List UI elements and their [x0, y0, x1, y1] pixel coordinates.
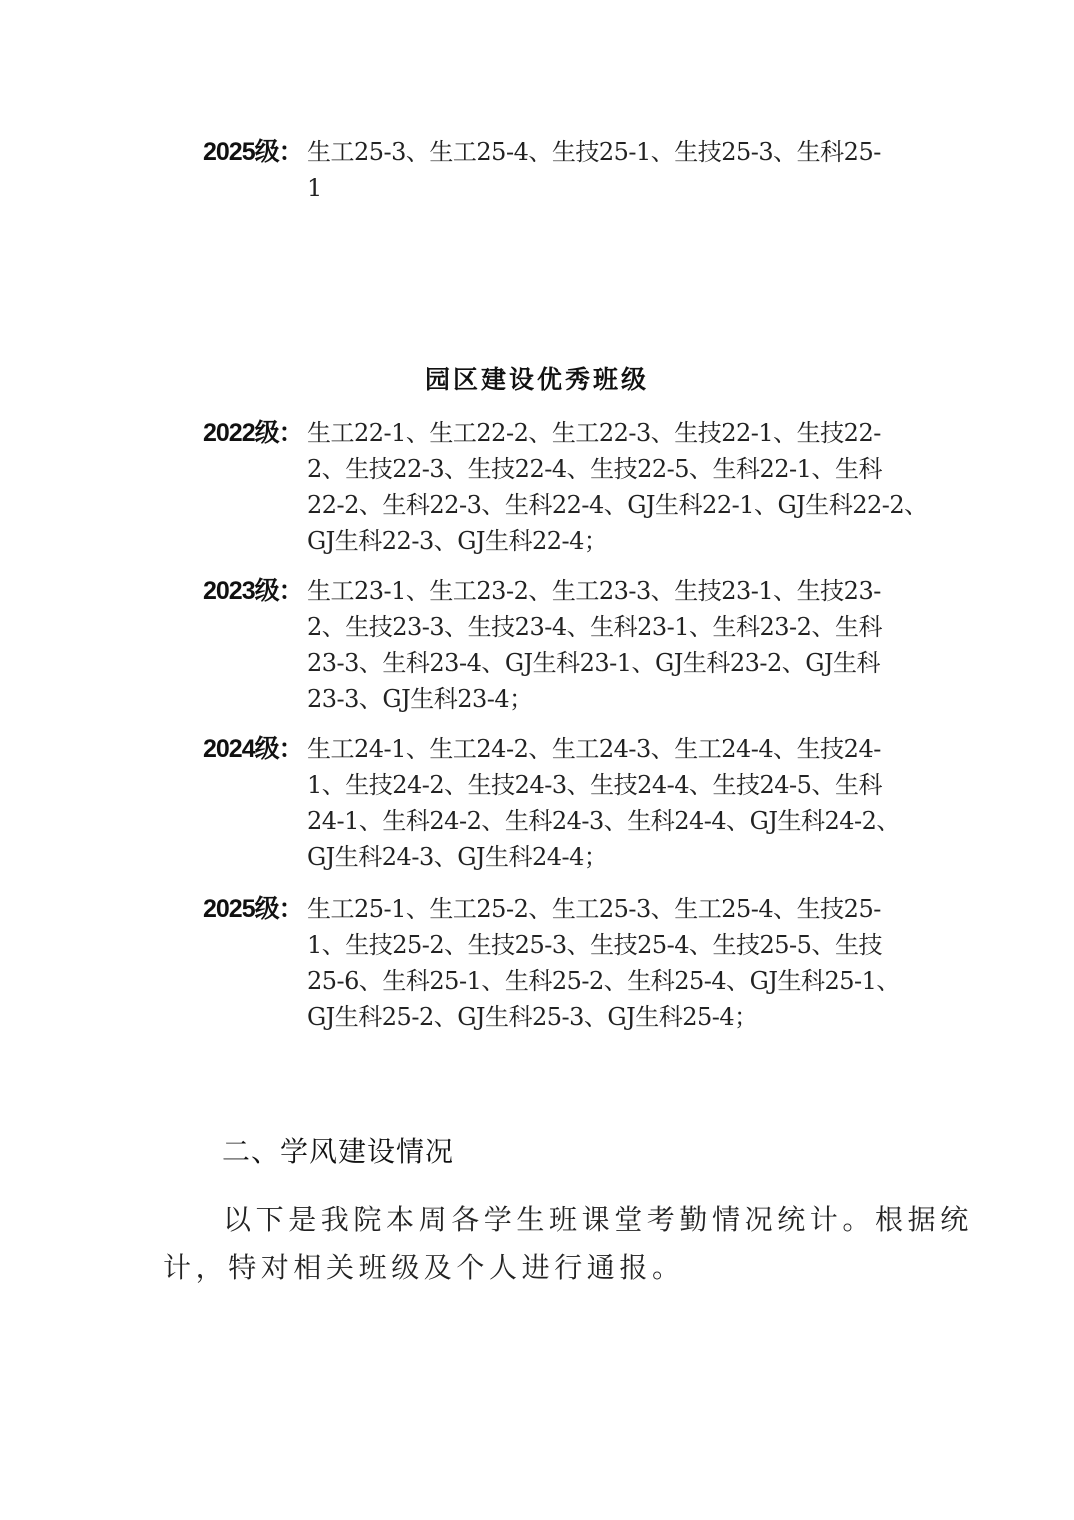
class-list-line: 生工22-1、生工22-2、生工22-3、生技22-1、生技22- — [307, 415, 928, 451]
grade-label: 2025级： — [203, 891, 303, 927]
class-list: 生工25-1、生工25-2、生工25-3、生工25-4、生技25- 1、生技25… — [307, 891, 900, 1035]
class-list-line: 25-6、生科25-1、生科25-2、生科25-4、GJ生科25-1、 — [307, 963, 900, 999]
class-list-line: 生工24-1、生工24-2、生工24-3、生工24-4、生技24- — [307, 731, 900, 767]
class-list-line: GJ生科25-2、GJ生科25-3、GJ生科25-4； — [307, 999, 900, 1035]
class-list-line: 22-2、生科22-3、生科22-4、GJ生科22-1、GJ生科22-2、 — [307, 487, 928, 523]
grade-label: 2025级： — [203, 134, 303, 170]
class-list-line: 2、生技23-3、生技23-4、生科23-1、生科23-2、生科 — [307, 609, 882, 645]
class-list-line: 生工23-1、生工23-2、生工23-3、生技23-1、生技23- — [307, 573, 882, 609]
class-list-line: 23-3、生科23-4、GJ生科23-1、GJ生科23-2、GJ生科 — [307, 645, 882, 681]
body-paragraph: 以下是我院本周各学生班课堂考勤情况统计。根据统 计，特对相关班级及个人进行通报。 — [163, 1196, 923, 1292]
class-list-line: 2、生技22-3、生技22-4、生技22-5、生科22-1、生科 — [307, 451, 928, 487]
section-title: 园区建设优秀班级 — [0, 360, 1074, 396]
class-list: 生工24-1、生工24-2、生工24-3、生工24-4、生技24- 1、生技24… — [307, 731, 900, 875]
grade-label: 2024级： — [203, 731, 303, 767]
paragraph-line: 以下是我院本周各学生班课堂考勤情况统计。根据统 — [163, 1196, 923, 1244]
class-list-line: 23-3、GJ生科23-4； — [307, 681, 882, 717]
paragraph-line: 计，特对相关班级及个人进行通报。 — [163, 1244, 923, 1292]
grade-label: 2023级： — [203, 573, 303, 609]
grade-label: 2022级： — [203, 415, 303, 451]
class-list: 生工23-1、生工23-2、生工23-3、生技23-1、生技23- 2、生技23… — [307, 573, 882, 717]
class-list-line: 1、生技24-2、生技24-3、生技24-4、生技24-5、生科 — [307, 767, 900, 803]
class-list-line: 24-1、生科24-2、生科24-3、生科24-4、GJ生科24-2、 — [307, 803, 900, 839]
class-list-line: 1、生技25-2、生技25-3、生技25-4、生技25-5、生技 — [307, 927, 900, 963]
class-list-line: GJ生科24-3、GJ生科24-4； — [307, 839, 900, 875]
class-list: 生工25-3、生工25-4、生技25-1、生技25-3、生科25- 1 — [307, 134, 881, 206]
class-list-line: 生工25-3、生工25-4、生技25-1、生技25-3、生科25- — [307, 134, 881, 170]
class-list-line: GJ生科22-3、GJ生科22-4； — [307, 523, 928, 559]
section-heading-study-style: 二、学风建设情况 — [222, 1130, 454, 1170]
class-list-line: 生工25-1、生工25-2、生工25-3、生工25-4、生技25- — [307, 891, 900, 927]
class-list: 生工22-1、生工22-2、生工22-3、生技22-1、生技22- 2、生技22… — [307, 415, 928, 559]
document-page: 2025级： 生工25-3、生工25-4、生技25-1、生技25-3、生科25-… — [0, 0, 1074, 1520]
class-list-line: 1 — [307, 170, 881, 206]
